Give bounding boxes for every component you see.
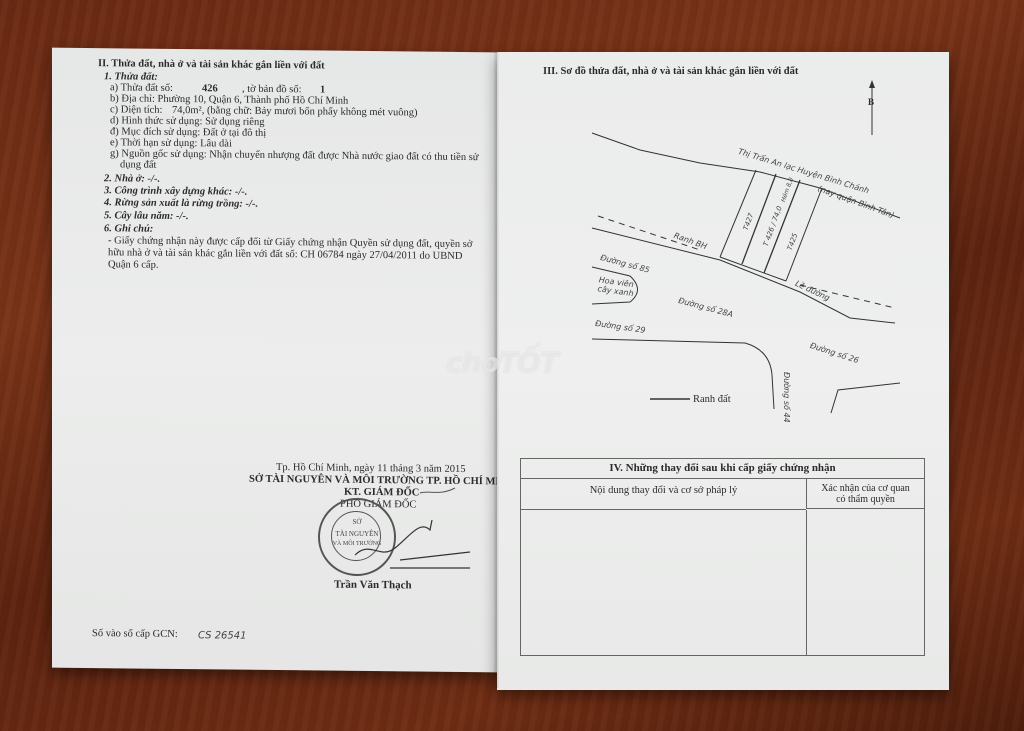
changes-table: IV. Những thay đổi sau khi cấp giấy chứn… — [520, 458, 925, 656]
confirmation-line2: có thẩm quyền — [807, 494, 924, 505]
north-label: B — [868, 96, 874, 108]
legend-boundary-label: Ranh đất — [693, 394, 731, 406]
confirmation-line1: Xác nhận của cơ quan — [807, 483, 924, 494]
chotot-watermark: chợTỐT — [446, 346, 558, 379]
changes-content-cell — [521, 510, 806, 655]
changes-confirmation-cell — [806, 510, 925, 655]
changes-col-confirmation: Xác nhận của cơ quan có thẩm quyền — [806, 479, 924, 509]
changes-col-content: Nội dung thay đổi và cơ sở pháp lý — [521, 479, 806, 510]
map-label-road-44: Đường số 44 — [780, 372, 792, 423]
changes-table-title: IV. Những thay đổi sau khi cấp giấy chứn… — [521, 459, 924, 479]
